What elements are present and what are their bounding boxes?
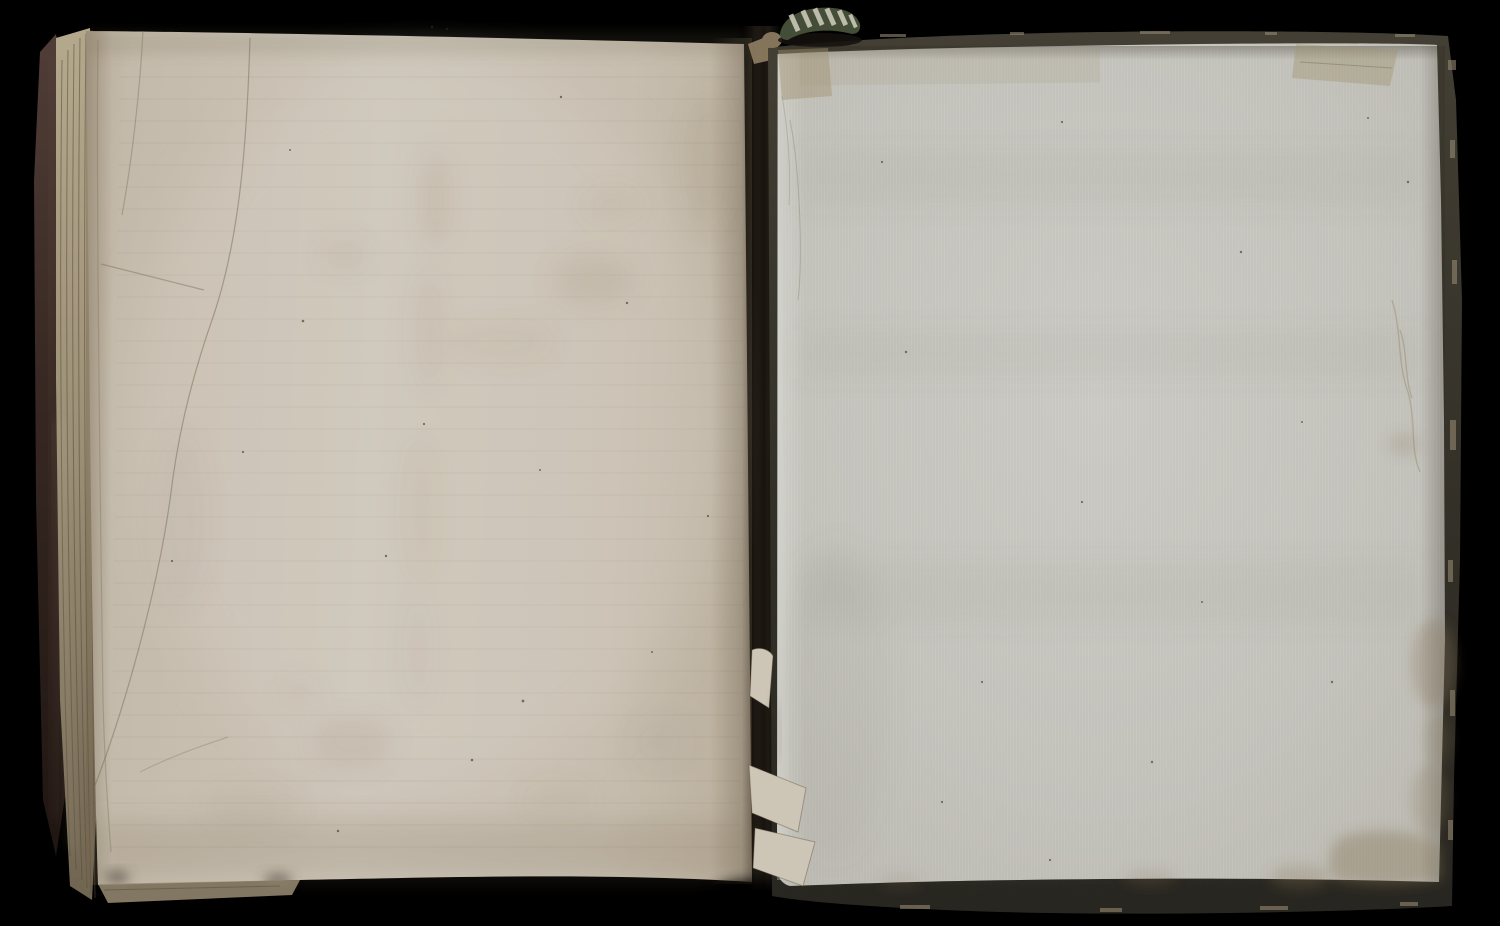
book-photograph <box>0 0 1500 926</box>
paper-grain-overlay <box>0 0 1500 926</box>
